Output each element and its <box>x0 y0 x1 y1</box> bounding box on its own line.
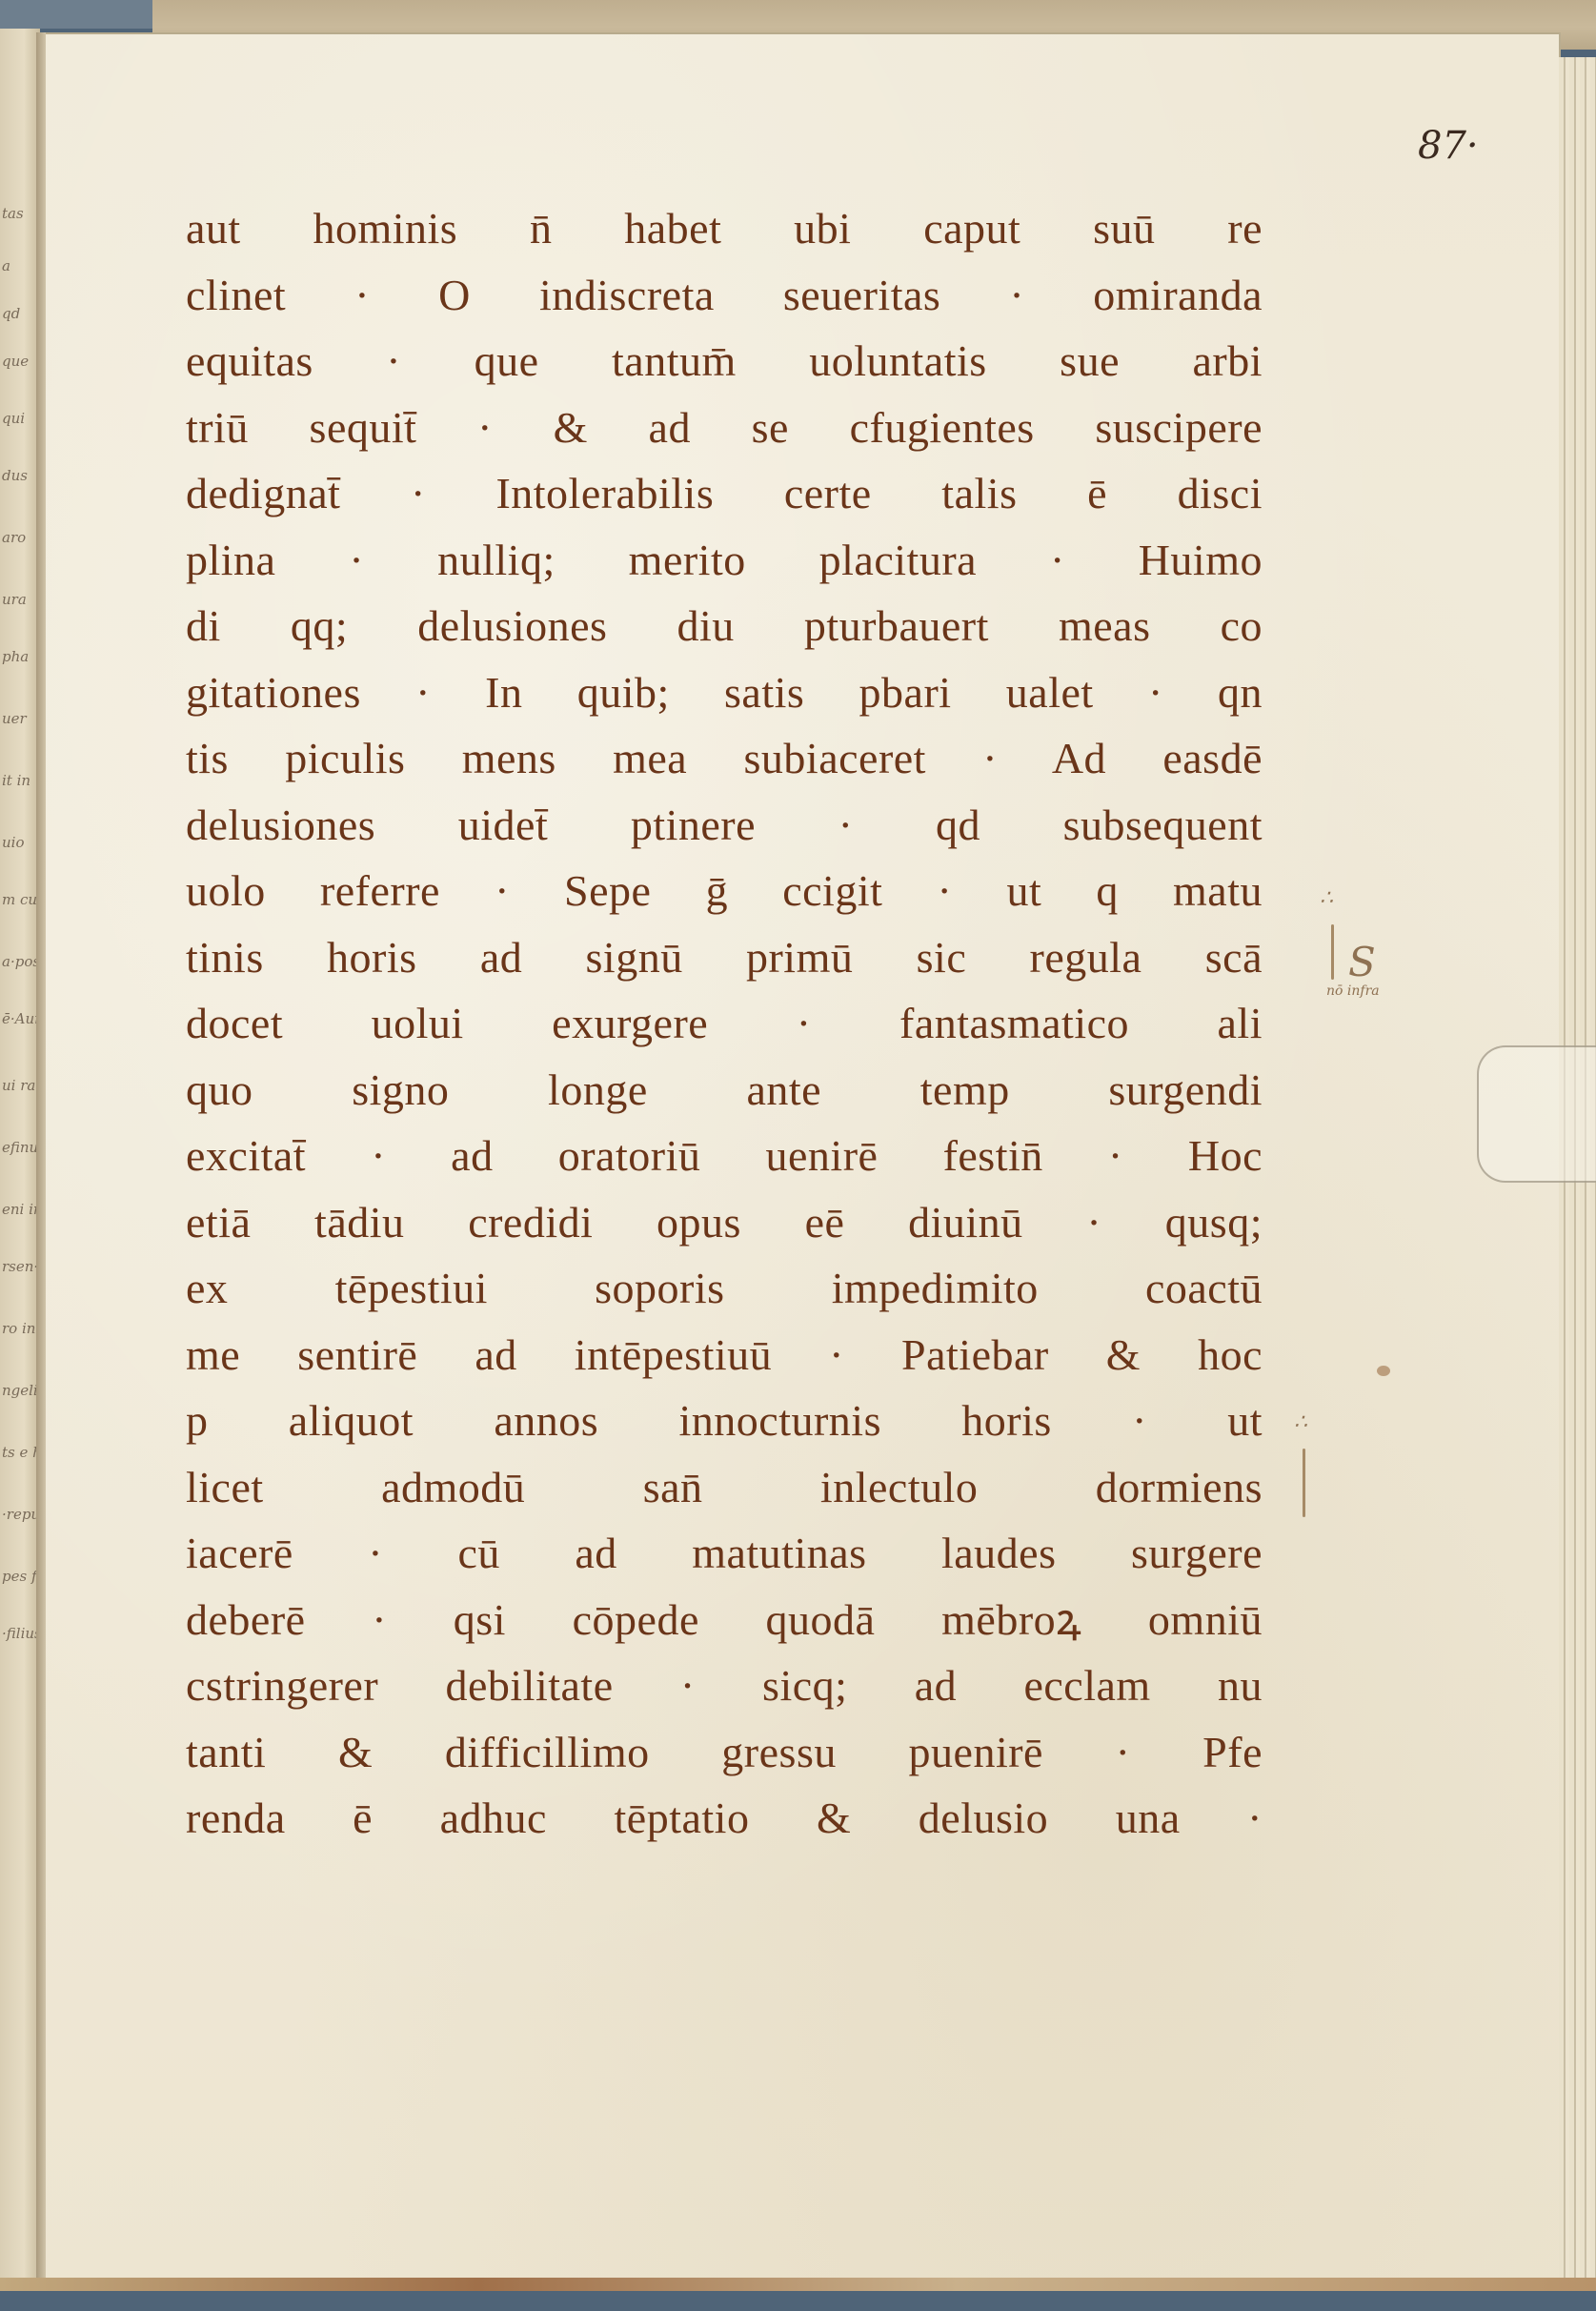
text-line: licet admodū san̄ inlectulo dormiens <box>186 1454 1263 1521</box>
folio-number: 87· <box>1418 124 1479 168</box>
margin-caption: nō infra <box>1326 983 1380 999</box>
facing-page-fragment: m cu <box>2 891 37 908</box>
background-surface <box>0 0 152 29</box>
text-line: etiā tādiu credidi opus eē diuinū · qusq… <box>186 1189 1263 1256</box>
facing-page-edge: tas a qd que qui dus aro ura pha uer it … <box>0 29 40 2282</box>
text-line: gitationes · In quib; satis pbari ualet … <box>186 659 1263 726</box>
margin-marker-icon: ∴ <box>1294 1410 1309 1434</box>
facing-page-fragment: qui <box>2 410 25 427</box>
margin-rule <box>1303 1449 1305 1517</box>
ink-stain <box>1377 1366 1390 1376</box>
facing-page-fragment: ·repul <box>2 1506 40 1523</box>
facing-page-fragment: a·pos <box>2 953 40 970</box>
text-line: tis piculis mens mea subiaceret · Ad eas… <box>186 725 1263 792</box>
facing-page-fragment: ē·Aun <box>2 1010 40 1027</box>
margin-letter: S <box>1348 939 1376 985</box>
text-line: deberē · qsi cōpede quodā mēbroꝝ omniū <box>186 1587 1263 1653</box>
book-binding-bottom <box>0 2278 1596 2291</box>
facing-page-fragment: ro in <box>2 1320 35 1337</box>
main-text-block: aut hominis n̄ habet ubi caput suū re cl… <box>186 195 1263 1852</box>
facing-page-fragment: ngelio <box>2 1382 40 1399</box>
text-line: di qq; delusiones diu pturbauert meas co <box>186 593 1263 659</box>
text-line: iacerē · cū ad matutinas laudes surgere <box>186 1520 1263 1587</box>
text-line: me sentirē ad intēpestiuū · Patiebar & h… <box>186 1322 1263 1389</box>
margin-rule <box>1331 924 1334 980</box>
facing-page-fragment: a <box>2 257 10 274</box>
facing-page-fragment: pha <box>2 648 29 665</box>
facing-page-fragment: que <box>2 353 29 370</box>
facing-page-fragment: ·filius <box>2 1625 40 1642</box>
text-line: cstringerer debilitate · sicq; ad ecclam… <box>186 1652 1263 1719</box>
text-line: triū sequit̄ · & ad se cfugientes suscip… <box>186 395 1263 461</box>
page-clip-tab <box>1477 1045 1596 1183</box>
facing-page-fragment: qd <box>2 305 20 322</box>
margin-marker-icon: ∴ <box>1320 886 1335 910</box>
facing-page-fragment: dus <box>2 467 28 484</box>
facing-page-fragment: ts e hc <box>2 1444 40 1461</box>
facing-page-fragment: rsen·M <box>2 1258 40 1275</box>
text-line: quo signo longe ante temp surgendi <box>186 1057 1263 1124</box>
facing-page-fragment: tas <box>2 205 24 222</box>
text-line: excitat̄ · ad oratoriū uenirē festin̄ · … <box>186 1123 1263 1189</box>
text-line: renda ē adhuc tēptatio & delusio una · <box>186 1785 1263 1852</box>
text-line: clinet · O indiscreta seueritas · omiran… <box>186 262 1263 329</box>
facing-page-fragment: uio <box>2 834 25 851</box>
text-line: p aliquot annos innocturnis horis · ut <box>186 1388 1263 1454</box>
text-line: plina · nulliq; merito placitura · Huimo <box>186 527 1263 594</box>
facing-page-fragment: uer <box>2 710 27 727</box>
text-line: docet uolui exurgere · fantasmatico ali <box>186 990 1263 1057</box>
text-line: tanti & difficillimo gressu puenirē · Pf… <box>186 1719 1263 1786</box>
facing-page-fragment: efinur <box>2 1139 40 1156</box>
text-line: aut hominis n̄ habet ubi caput suū re <box>186 195 1263 262</box>
facing-page-fragment: ui rau <box>2 1077 40 1094</box>
text-line: dedignat̄ · Intolerabilis certe talis ē … <box>186 460 1263 527</box>
background-surface-bottom <box>0 2278 1596 2311</box>
facing-page-fragment: it in <box>2 772 30 789</box>
text-line: uolo referre · Sepe ḡ ccigit · ut q matu <box>186 858 1263 924</box>
text-line: tinis horis ad signū primū sic regula sc… <box>186 924 1263 991</box>
facing-page-fragment: aro <box>2 529 26 546</box>
facing-page-fragment: pes four <box>2 1568 40 1585</box>
text-line: ex tēpestiui soporis impedimito coactū <box>186 1255 1263 1322</box>
text-line: delusiones uidet̄ ptinere · qd subsequen… <box>186 792 1263 859</box>
facing-page-fragment: eni in <box>2 1201 40 1218</box>
facing-page-fragment: ura <box>2 591 27 608</box>
text-line: equitas · que tantum̄ uoluntatis sue arb… <box>186 328 1263 395</box>
